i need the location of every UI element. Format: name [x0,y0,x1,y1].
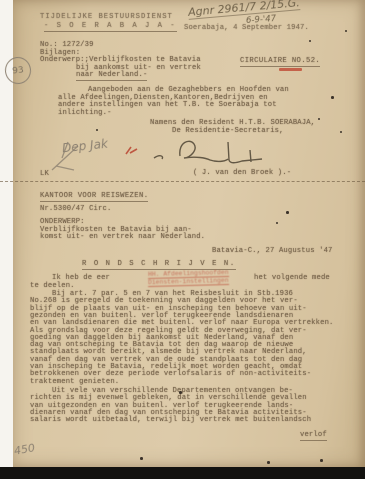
signature-scribble [150,132,280,166]
body-line: salaris wordt uitbetaald, terwijl bij ve… [30,417,311,424]
intro-post: het volgende mede [254,275,330,282]
onderwerp2-line2: komst uit- en vertrek naar Nederland. [40,234,205,241]
scan-edge-strip [0,467,365,479]
typist-initials: LK [40,171,49,178]
org-name-line1: TIJDELIJKE BESTUURSDIENST [40,14,173,21]
ink-speck [309,40,311,42]
ink-speck [96,129,98,131]
letter2-place-date: Batavia-C., 27 Augustus '47 [212,248,333,255]
ink-speck [179,391,182,394]
org-name-line2: - S O E R A B A J A - [44,23,177,32]
red-underline-mark [279,68,302,71]
ink-speck [267,461,270,464]
red-tick-icon [124,144,140,158]
ink-speck [276,222,278,224]
dashed-divider [0,181,365,182]
place-date-line: Soerabaja, 4 September 1947. [184,25,309,32]
ink-speck [140,457,143,460]
ink-speck [345,30,347,32]
margin-number-text: 93 [12,65,24,76]
ink-speck [318,118,320,120]
ink-speck [320,459,323,462]
circulaire-heading: CIRCULAIRE NO.52. [240,58,320,67]
scanned-document-page: 93 TIJDELIJKE BESTUURSDIENST - S O E R A… [0,0,365,479]
onderwerp-line3: naar Nederland.- [76,72,147,81]
forward-line4: inlichting.- [58,110,112,117]
ink-speck [286,211,289,214]
signed-name: ( J. van den Broek ).- [193,170,291,177]
ink-speck [331,96,334,99]
office-heading: KANTOOR VOOR REISWEZEN. [40,193,148,202]
ink-speck [340,131,342,133]
catchword: verlof [300,432,327,441]
letter2-number: Nr.5300/47 Circ. [40,206,111,213]
body-line: traktement genieten. [30,379,119,386]
